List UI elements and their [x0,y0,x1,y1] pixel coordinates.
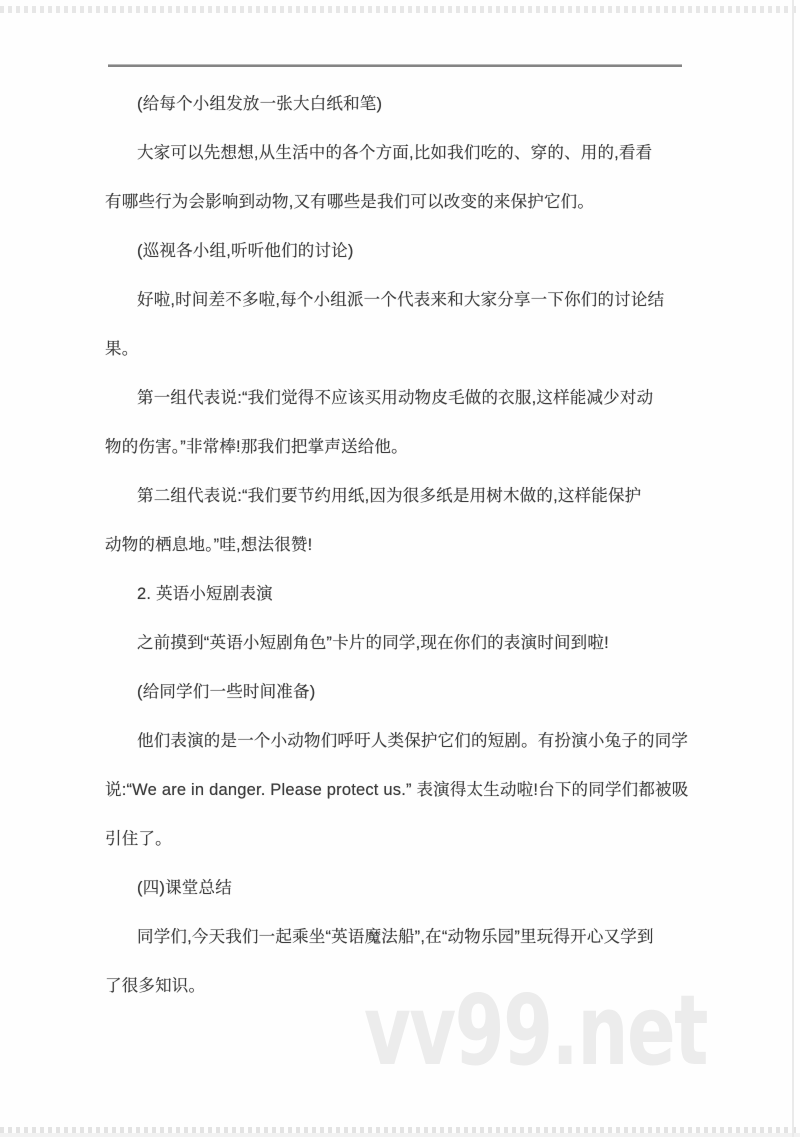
doc-line: 动物的栖息地。”哇,想法很赞! [105,518,705,567]
doc-line: 大家可以先想想,从生活中的各个方面,比如我们吃的、穿的、用的,看看 [105,126,705,175]
doc-line: 说:“We are in danger. Please protect us.”… [105,763,705,812]
doc-line: (巡视各小组,听听他们的讨论) [105,224,705,273]
doc-line: 物的伤害。”非常棒!那我们把掌声送给他。 [105,420,705,469]
page-bottom-strip [0,1133,800,1137]
doc-line: 果。 [105,322,705,371]
doc-line: (给每个小组发放一张大白纸和笔) [105,77,705,126]
doc-section-heading: 2. 英语小短剧表演 [105,567,705,616]
doc-line: 有哪些行为会影响到动物,又有哪些是我们可以改变的来保护它们。 [105,175,705,224]
page-right-edge [792,0,794,1137]
doc-line: 了很多知识。 [105,959,705,1008]
document-page: (给每个小组发放一张大白纸和笔) 大家可以先想想,从生活中的各个方面,比如我们吃… [0,0,800,1137]
document-body: (给每个小组发放一张大白纸和笔) 大家可以先想想,从生活中的各个方面,比如我们吃… [105,77,705,1008]
doc-line: 同学们,今天我们一起乘坐“英语魔法船”,在“动物乐园”里玩得开心又学到 [105,910,705,959]
doc-line: 第二组代表说:“我们要节约用纸,因为很多纸是用树木做的,这样能保护 [105,469,705,518]
doc-line: (给同学们一些时间准备) [105,665,705,714]
doc-line: 引住了。 [105,812,705,861]
doc-line: 他们表演的是一个小动物们呼吁人类保护它们的短剧。有扮演小兔子的同学 [105,714,705,763]
doc-line: 第一组代表说:“我们觉得不应该买用动物皮毛做的衣服,这样能减少对动 [105,371,705,420]
doc-line: 好啦,时间差不多啦,每个小组派一个代表来和大家分享一下你们的讨论结 [105,273,705,322]
page-top-scan-edge [0,6,800,13]
horizontal-rule [108,64,682,67]
doc-section-heading: (四)课堂总结 [105,861,705,910]
doc-line: 之前摸到“英语小短剧角色”卡片的同学,现在你们的表演时间到啦! [105,616,705,665]
